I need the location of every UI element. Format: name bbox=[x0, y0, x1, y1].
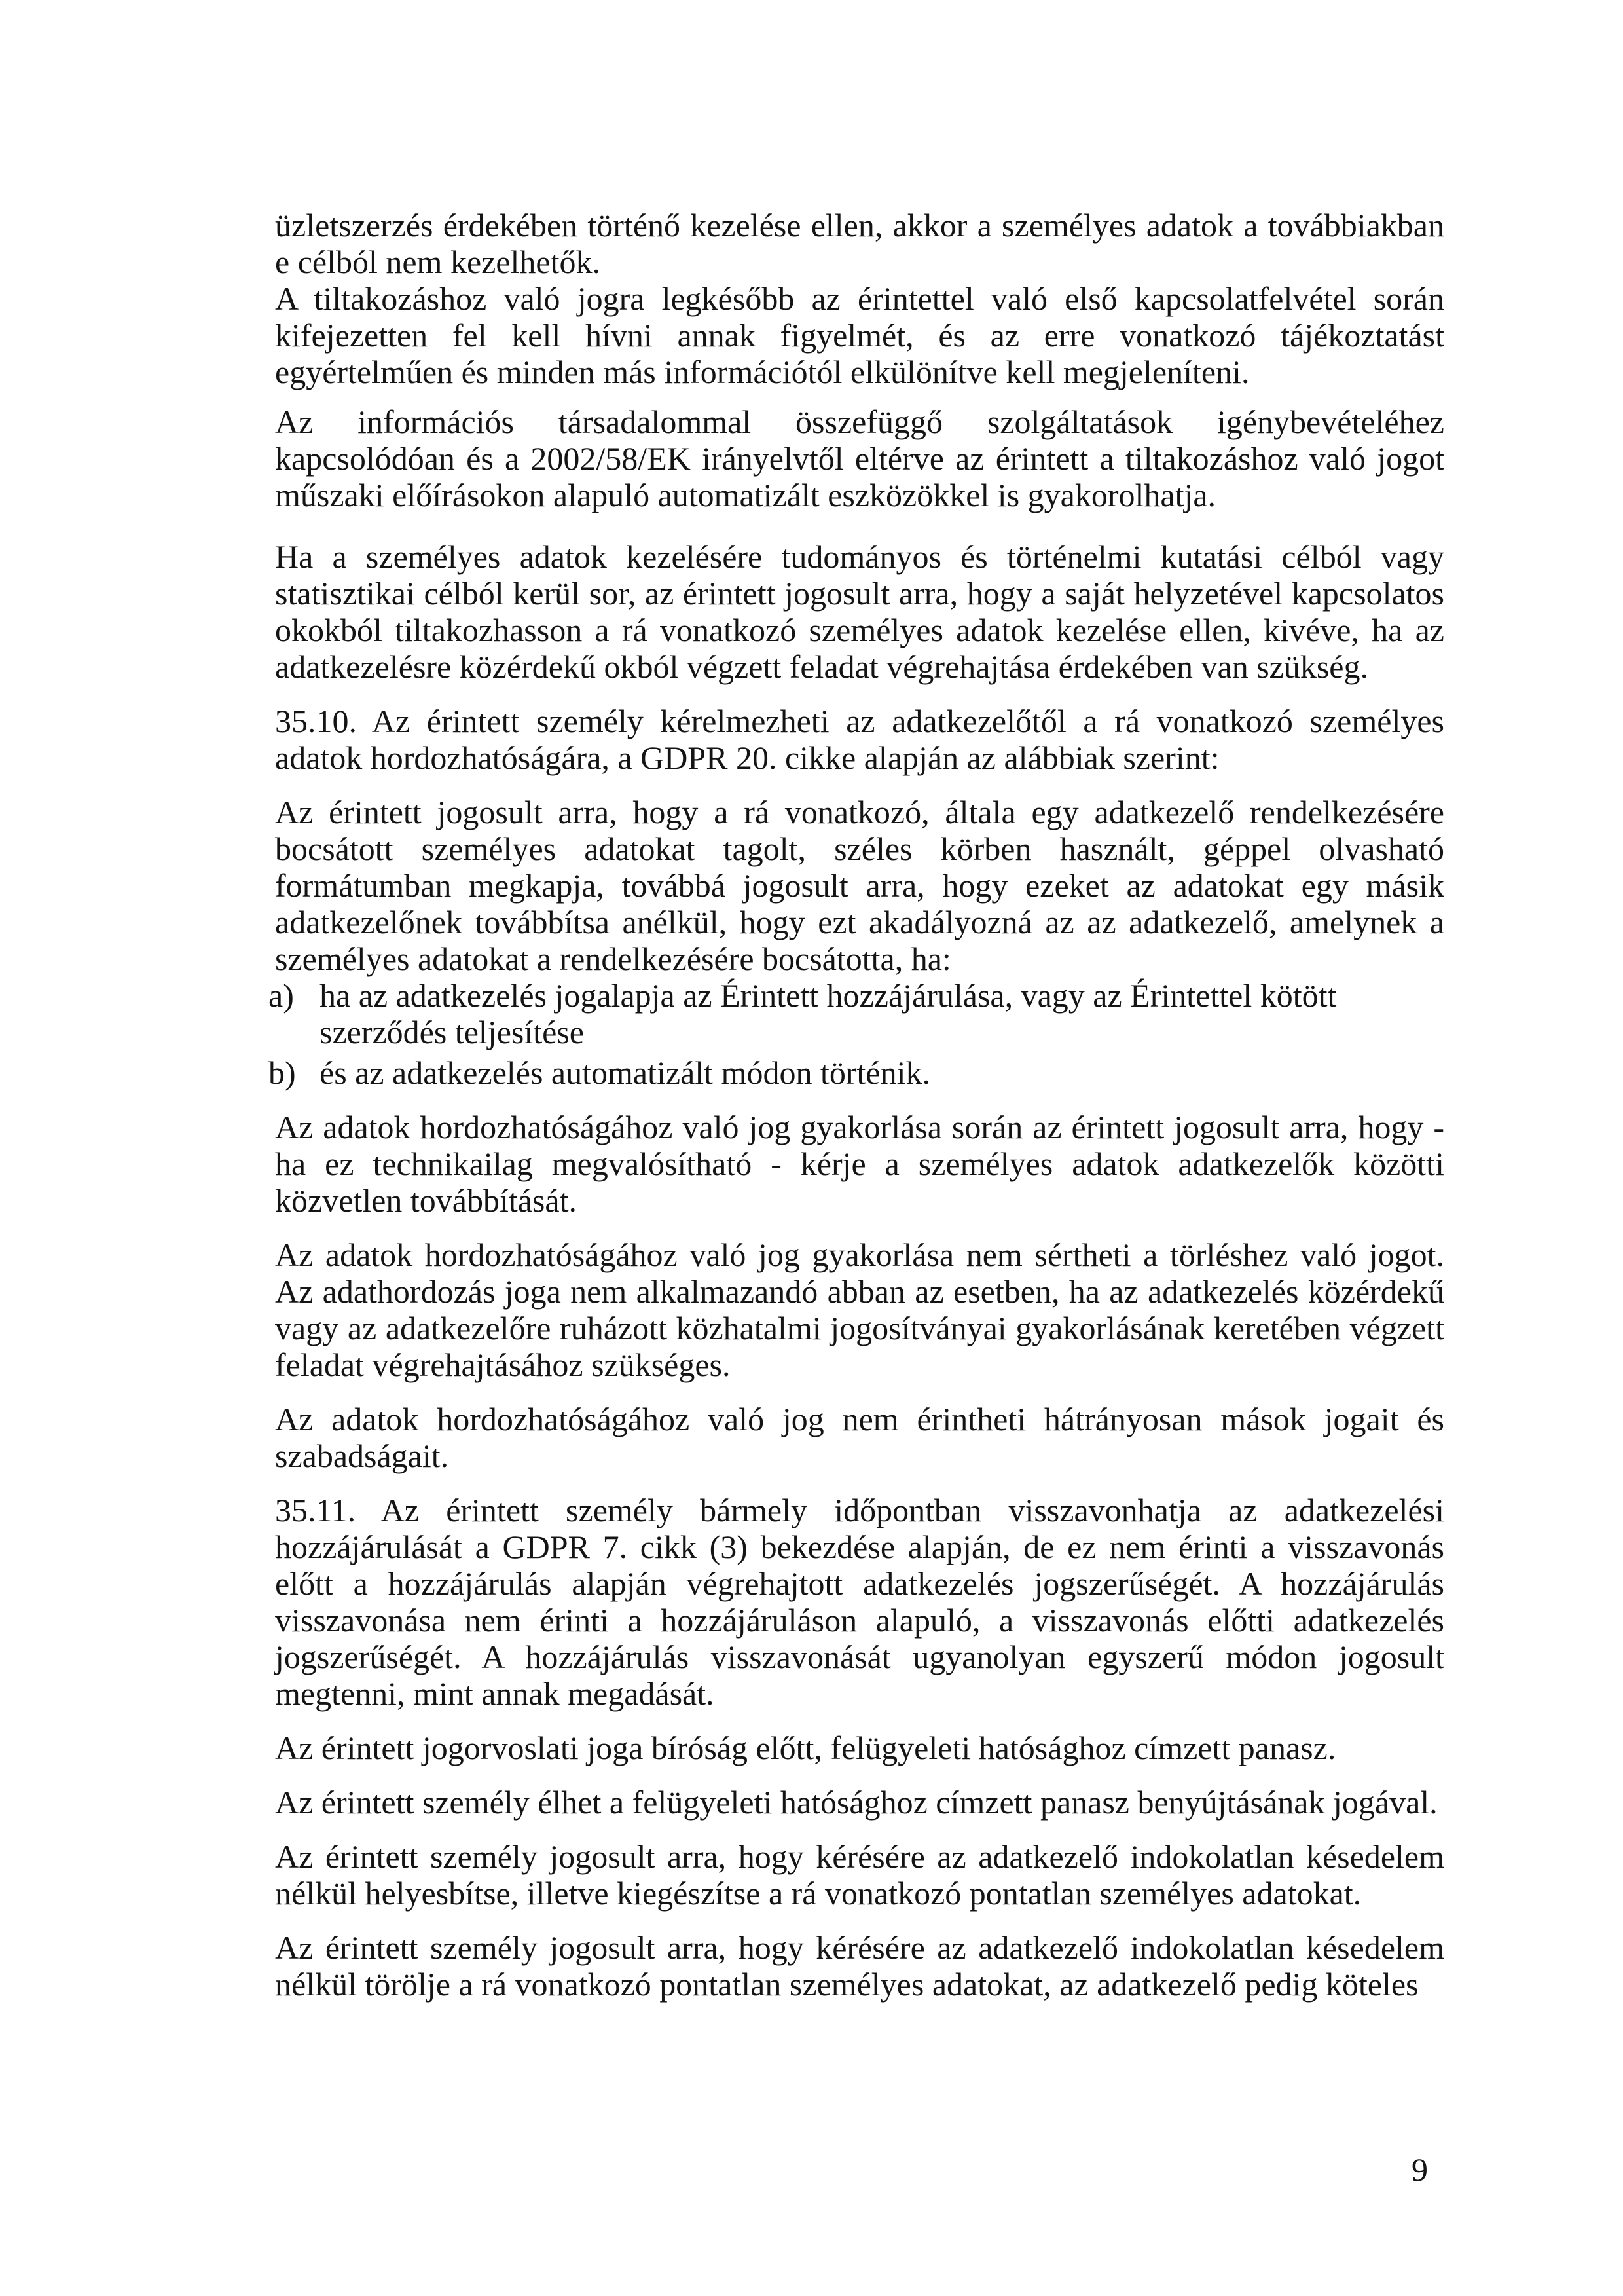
document-page: üzletszerzés érdekében történő kezelése … bbox=[0, 0, 1623, 2296]
paragraph-research-statistics: Ha a személyes adatok kezelésére tudomán… bbox=[275, 538, 1444, 685]
paragraph-section-35-10: 35.10. Az érintett személy kérelmezheti … bbox=[275, 703, 1444, 776]
paragraph-information-society: Az információs társadalommal összefüggő … bbox=[275, 403, 1444, 513]
paragraph-portability-others-rights: Az adatok hordozhatóságához való jog nem… bbox=[275, 1401, 1444, 1474]
page-number: 9 bbox=[1412, 2151, 1428, 2188]
paragraph-erasure: Az érintett személy jogosult arra, hogy … bbox=[275, 1929, 1444, 2003]
list-marker: b) bbox=[268, 1054, 319, 1091]
paragraph-objection-right-notice: A tiltakozáshoz való jogra legkésőbb az … bbox=[275, 280, 1444, 390]
list-item-a: a) ha az adatkezelés jogalapja az Érinte… bbox=[275, 977, 1444, 1050]
document-body: üzletszerzés érdekében történő kezelése … bbox=[275, 207, 1444, 2003]
list-item-b: b) és az adatkezelés automatizált módon … bbox=[275, 1054, 1444, 1091]
portability-conditions-list: a) ha az adatkezelés jogalapja az Érinte… bbox=[275, 977, 1444, 1091]
paragraph-rectification: Az érintett személy jogosult arra, hogy … bbox=[275, 1838, 1444, 1912]
paragraph-legal-remedy: Az érintett jogorvoslati joga bíróság el… bbox=[275, 1730, 1444, 1766]
list-item-text: ha az adatkezelés jogalapja az Érintett … bbox=[319, 977, 1444, 1050]
list-marker: a) bbox=[268, 977, 319, 1014]
paragraph-portability-erasure: Az adatok hordozhatóságához való jog gya… bbox=[275, 1236, 1444, 1383]
paragraph-portability-right: Az érintett jogosult arra, hogy a rá von… bbox=[275, 794, 1444, 977]
paragraph-section-35-11: 35.11. Az érintett személy bármely időpo… bbox=[275, 1492, 1444, 1712]
list-item-text: és az adatkezelés automatizált módon tör… bbox=[319, 1054, 1444, 1091]
paragraph-objection-continued: üzletszerzés érdekében történő kezelése … bbox=[275, 207, 1444, 280]
paragraph-portability-direct-transfer: Az adatok hordozhatóságához való jog gya… bbox=[275, 1109, 1444, 1219]
paragraph-supervisory-complaint: Az érintett személy élhet a felügyeleti … bbox=[275, 1784, 1444, 1821]
